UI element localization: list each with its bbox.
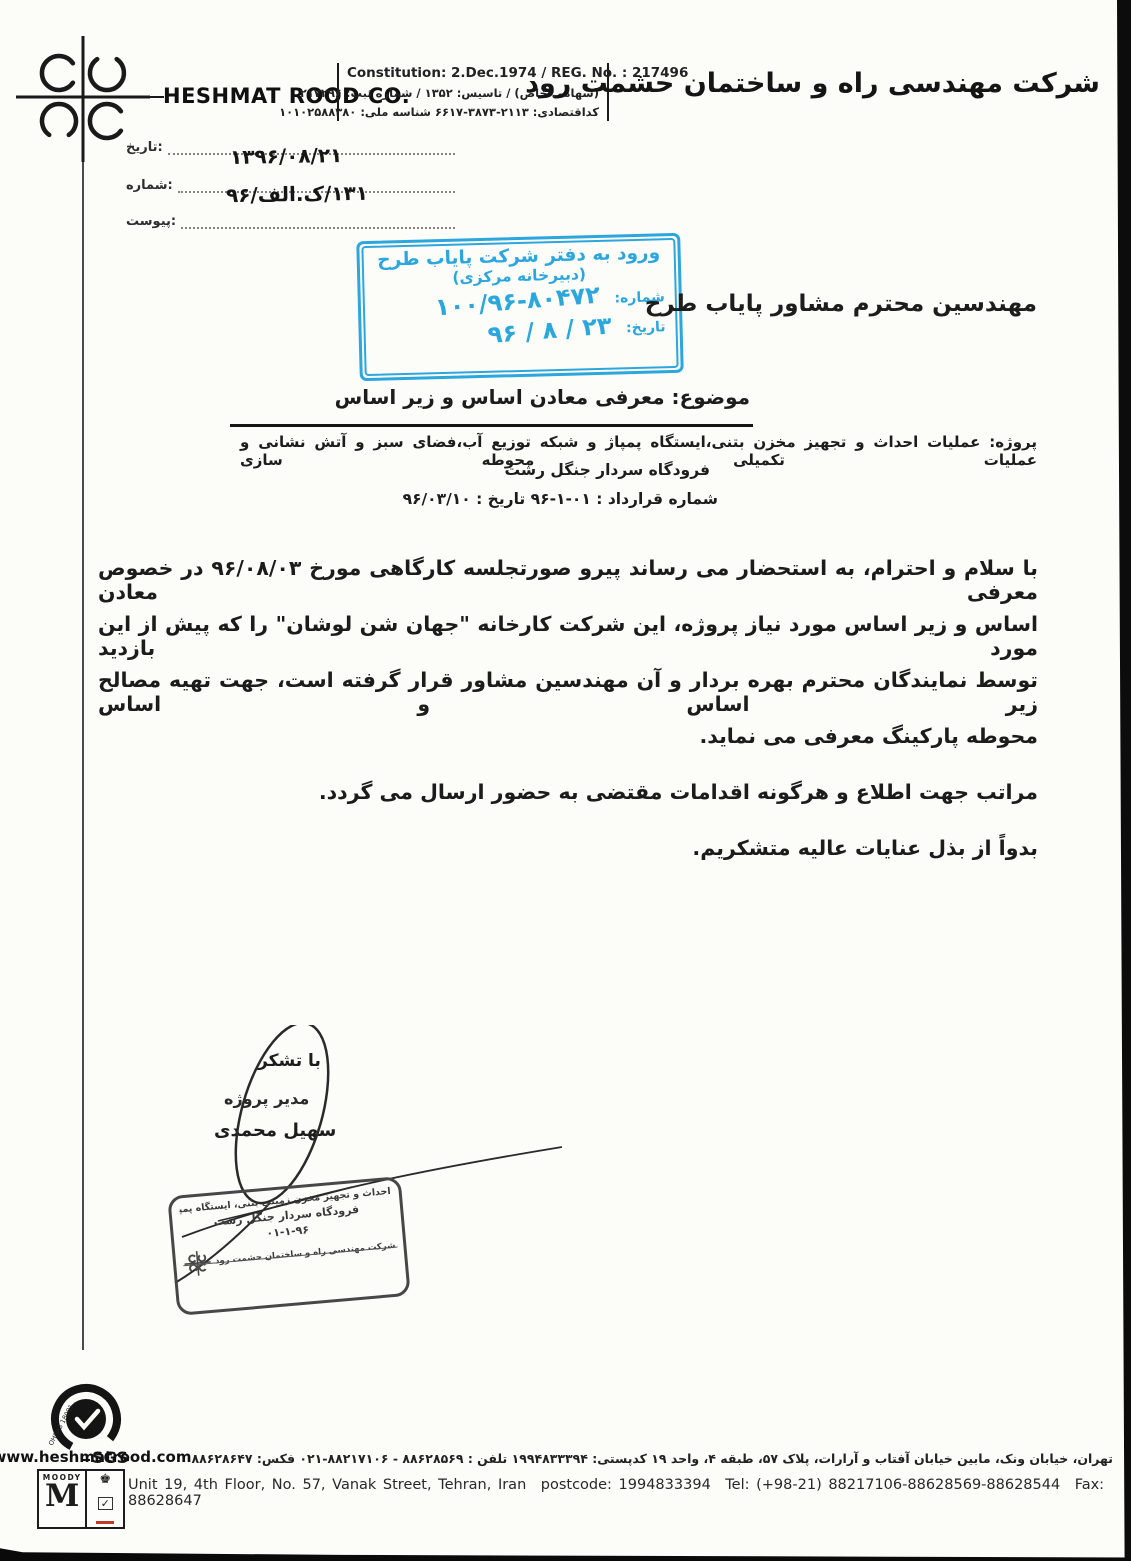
number-handwritten-value: ۱۳۱/ک.الف/۹۶ [226,181,368,207]
footer-address-row-fa: تهران، خیابان ونک، مابین خیابان آفتاب و … [128,1448,1113,1466]
checkmark-icon: ✓ [98,1497,113,1510]
moody-red-bar [96,1521,114,1524]
number-label: شماره: [126,178,173,193]
left-margin-rule [82,162,84,1350]
body-line-6: بدواً از بذل عنایات عالیه متشکریم. [98,836,1038,892]
moody-m-letter: M [45,1482,79,1511]
letter-body: با سلام و احترام، به استحضار می رساند پی… [98,556,1038,892]
date-handwritten-value: ۱۳۹۶/۰۸/۲۱ [230,143,343,169]
entry-stamp-date-value: ۹۶ / ۸ / ۲۳ [487,311,613,349]
scan-edge-artifact-bottom [0,1545,1131,1561]
body-line-5: مراتب جهت اطلاع و هرگونه اقدامات مقتضی ب… [98,780,1038,836]
entry-stamp-date-row: تاریخ: ۹۶ / ۸ / ۲۳ [375,313,666,349]
attachment-label: پیوست: [126,214,176,229]
project-location-line: فرودگاه سردار جنگل رشت [504,461,710,479]
attachment-field-row: پیوست: [126,214,460,229]
body-line-4: محوطه پارکینگ معرفی می نماید. [98,724,1038,780]
contract-number-line: شماره قرارداد : ۰۱-۱-۹۶ تاریخ : ۹۶/۰۳/۱۰ [403,490,718,508]
subject-underline [230,424,753,427]
body-line-2: اساس و زیر اساس مورد نیاز پروژه، این شرک… [98,612,1038,668]
footer-website: www.heshmatrood.com [0,1448,192,1466]
moody-left-panel: MOODY M [39,1471,85,1527]
logo-rule-extension [150,96,164,98]
scanned-letter-page: HESHMAT ROOD CO. Constitution: 2.Dec.197… [0,0,1131,1561]
subject-line: موضوع: معرفی معادن اساس و زیر اساس [335,385,750,409]
company-name-fa: شرکت مهندسی راه و ساختمان حشمت رود [525,68,1100,99]
entry-stamp-date-label: تاریخ: [626,319,666,336]
moody-right-panel: ♚ ✓ [85,1471,123,1527]
footer-address-en: Unit 19, 4th Floor, No. 57, Vanak Street… [128,1477,1131,1509]
date-label: تاریخ: [126,140,163,155]
codes-line-fa: کداقتصادی: ۲۱۱۳-۳۸۷۳-۶۶۱۷ شناسه ملی: ۱۰۱… [347,105,599,119]
attachment-dotted-leader [181,214,455,229]
company-rubber-stamp: احداث و تجهیز مخزن زمینی بتنی، ایستگاه پ… [167,1176,411,1316]
company-stamp-company-name: شرکت مهندسی راه و ساختمان حشمت رود [215,1241,396,1267]
recipient-line: مهندسین محترم مشاور پایاب طرح [645,291,1037,317]
scan-edge-artifact-right [1111,0,1131,1561]
crown-icon: ♚ [99,1473,111,1486]
footer-address-fa: تهران، خیابان ونک، مابین خیابان آفتاب و … [192,1451,1114,1466]
entry-receipt-stamp: ورود به دفتر شرکت پایاب طرح (دبیرخانه مر… [356,233,684,381]
body-line-1: با سلام و احترام، به استحضار می رساند پی… [98,556,1038,612]
body-line-3: توسط نمایندگان محترم بهره بردار و آن مهن… [98,668,1038,724]
moody-certification-icon: MOODY M ♚ ✓ [37,1469,125,1529]
